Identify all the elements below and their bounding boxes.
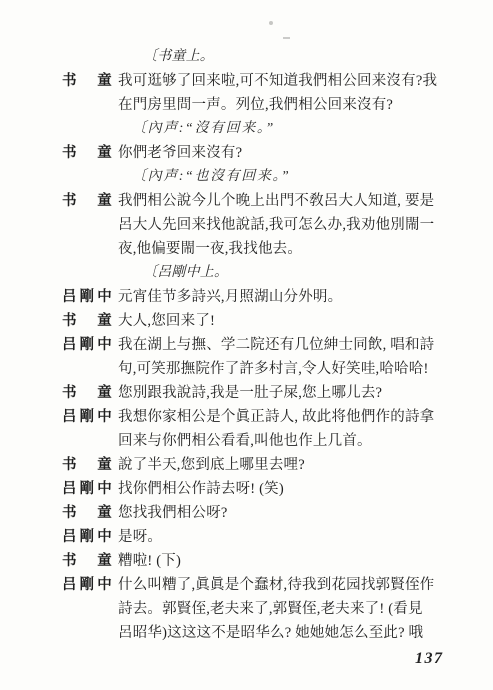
line-text: 我們相公說今儿个晚上出門不敎呂大人知道, 要是 <box>118 189 434 213</box>
speaker-name: 书童 <box>62 501 112 525</box>
speaker-name: 书童 <box>62 453 112 477</box>
line-text: 呂昭华)这这这不是昭华么? 她她她怎么至此? 哦 <box>118 625 423 641</box>
continuation-line: 呂昭华)这这这不是昭华么? 她她她怎么至此? 哦 <box>62 621 440 645</box>
continuation-line: 詩去。郭賢侄,老夫来了,郭賢侄,老夫来了! (看見 <box>62 597 440 621</box>
page-number: 137 <box>415 650 444 668</box>
speaker-name: 书童 <box>62 309 112 333</box>
line-text: 詩去。郭賢侄,老夫来了,郭賢侄,老夫来了! (看見 <box>118 601 423 617</box>
stage-direction: 〔书童上。 <box>62 45 440 69</box>
scan-speck <box>283 37 290 39</box>
dialogue-line: 书童糟啦! (下) <box>62 549 440 573</box>
continuation-line: 呂大人先回来找他說話,我可怎么办,我劝他別閙一 <box>62 213 440 237</box>
dialogue-line: 吕剛中元宵佳节多詩兴,月照湖山分外明。 <box>62 285 440 309</box>
line-text: 你們老爷回来沒有? <box>118 141 242 165</box>
speaker-name: 书童 <box>62 189 112 213</box>
line-text: 我在湖上与撫、学二院还有几位紳士同飲, 唱和詩 <box>118 333 434 357</box>
scanned-book-page: 〔书童上。书童我可逛够了回来啦,可不知道我們相公回来沒有?我在門房里問一声。列位… <box>0 0 493 690</box>
line-text: 您別跟我說詩,我是一肚子屎,您上哪儿去? <box>118 381 382 405</box>
line-text: 〔呂剛中上。 <box>143 265 228 280</box>
speaker-name: 吕剛中 <box>62 477 112 501</box>
speaker-name: 吕剛中 <box>62 525 112 549</box>
line-text: 糟啦! (下) <box>118 549 181 573</box>
dialogue-line: 书童您別跟我說詩,我是一肚子屎,您上哪儿去? <box>62 381 440 405</box>
line-text: 找你們相公作詩去呀! (笑) <box>118 477 284 501</box>
continuation-line: 回来与你們相公看看,叫他也作上几首。 <box>62 429 440 453</box>
line-text: 在門房里問一声。列位,我們相公回来沒有? <box>118 97 393 113</box>
speaker-name: 书童 <box>62 69 112 93</box>
line-text: 是呀。 <box>118 525 162 549</box>
line-text: 我可逛够了回来啦,可不知道我們相公回来沒有?我 <box>118 69 437 93</box>
continuation-line: 在門房里問一声。列位,我們相公回来沒有? <box>62 93 440 117</box>
line-text: 我想你家相公是个眞正詩人, 故此将他們作的詩拿 <box>118 405 434 429</box>
scan-speck <box>269 21 273 25</box>
line-text: 句,可笑那撫院作了許多村言,令人好笑哇,哈哈哈! <box>118 361 429 377</box>
line-text: 您找我們相公呀? <box>118 501 228 525</box>
dialogue-line: 书童我可逛够了回来啦,可不知道我們相公回来沒有?我 <box>62 69 440 93</box>
line-text: 〔內声:“沒有回来。” <box>132 121 275 136</box>
speaker-name: 吕剛中 <box>62 573 112 597</box>
dialogue-line: 吕剛中是呀。 <box>62 525 440 549</box>
speaker-name: 吕剛中 <box>62 333 112 357</box>
line-text: 大人,您回来了! <box>118 309 215 333</box>
line-text: 什么叫糟了,眞眞是个蠢材,待我到花园找郭賢侄作 <box>118 573 434 597</box>
stage-direction: 〔呂剛中上。 <box>62 261 440 285</box>
continuation-line: 夜,他偏要閙一夜,我找他去。 <box>62 237 440 261</box>
dialogue-line: 书童你們老爷回来沒有? <box>62 141 440 165</box>
offstage-voice-line: 〔內声:“也沒有回来。” <box>62 165 440 189</box>
line-text: 〔內声:“也沒有回来。” <box>132 169 290 184</box>
line-text: 元宵佳节多詩兴,月照湖山分外明。 <box>118 285 342 309</box>
dialogue-line: 吕剛中什么叫糟了,眞眞是个蠢材,待我到花园找郭賢侄作 <box>62 573 440 597</box>
speaker-name: 书童 <box>62 381 112 405</box>
dialogue-line: 书童您找我們相公呀? <box>62 501 440 525</box>
line-text: 呂大人先回来找他說話,我可怎么办,我劝他別閙一 <box>118 217 434 233</box>
line-text: 回来与你們相公看看,叫他也作上几首。 <box>118 433 372 449</box>
line-text: 說了半天,您到底上哪里去哩? <box>118 453 305 477</box>
dialogue-line: 书童大人,您回来了! <box>62 309 440 333</box>
dialogue-line: 书童我們相公說今儿个晚上出門不敎呂大人知道, 要是 <box>62 189 440 213</box>
continuation-line: 句,可笑那撫院作了許多村言,令人好笑哇,哈哈哈! <box>62 357 440 381</box>
speaker-name: 吕剛中 <box>62 285 112 309</box>
line-text: 〔书童上。 <box>143 49 214 64</box>
line-text: 夜,他偏要閙一夜,我找他去。 <box>118 241 302 257</box>
speaker-name: 书童 <box>62 549 112 573</box>
dialogue-line: 吕剛中我在湖上与撫、学二院还有几位紳士同飲, 唱和詩 <box>62 333 440 357</box>
script-body: 〔书童上。书童我可逛够了回来啦,可不知道我們相公回来沒有?我在門房里問一声。列位… <box>62 45 440 645</box>
dialogue-line: 书童說了半天,您到底上哪里去哩? <box>62 453 440 477</box>
speaker-name: 吕剛中 <box>62 405 112 429</box>
offstage-voice-line: 〔內声:“沒有回来。” <box>62 117 440 141</box>
dialogue-line: 吕剛中我想你家相公是个眞正詩人, 故此将他們作的詩拿 <box>62 405 440 429</box>
dialogue-line: 吕剛中找你們相公作詩去呀! (笑) <box>62 477 440 501</box>
speaker-name: 书童 <box>62 141 112 165</box>
